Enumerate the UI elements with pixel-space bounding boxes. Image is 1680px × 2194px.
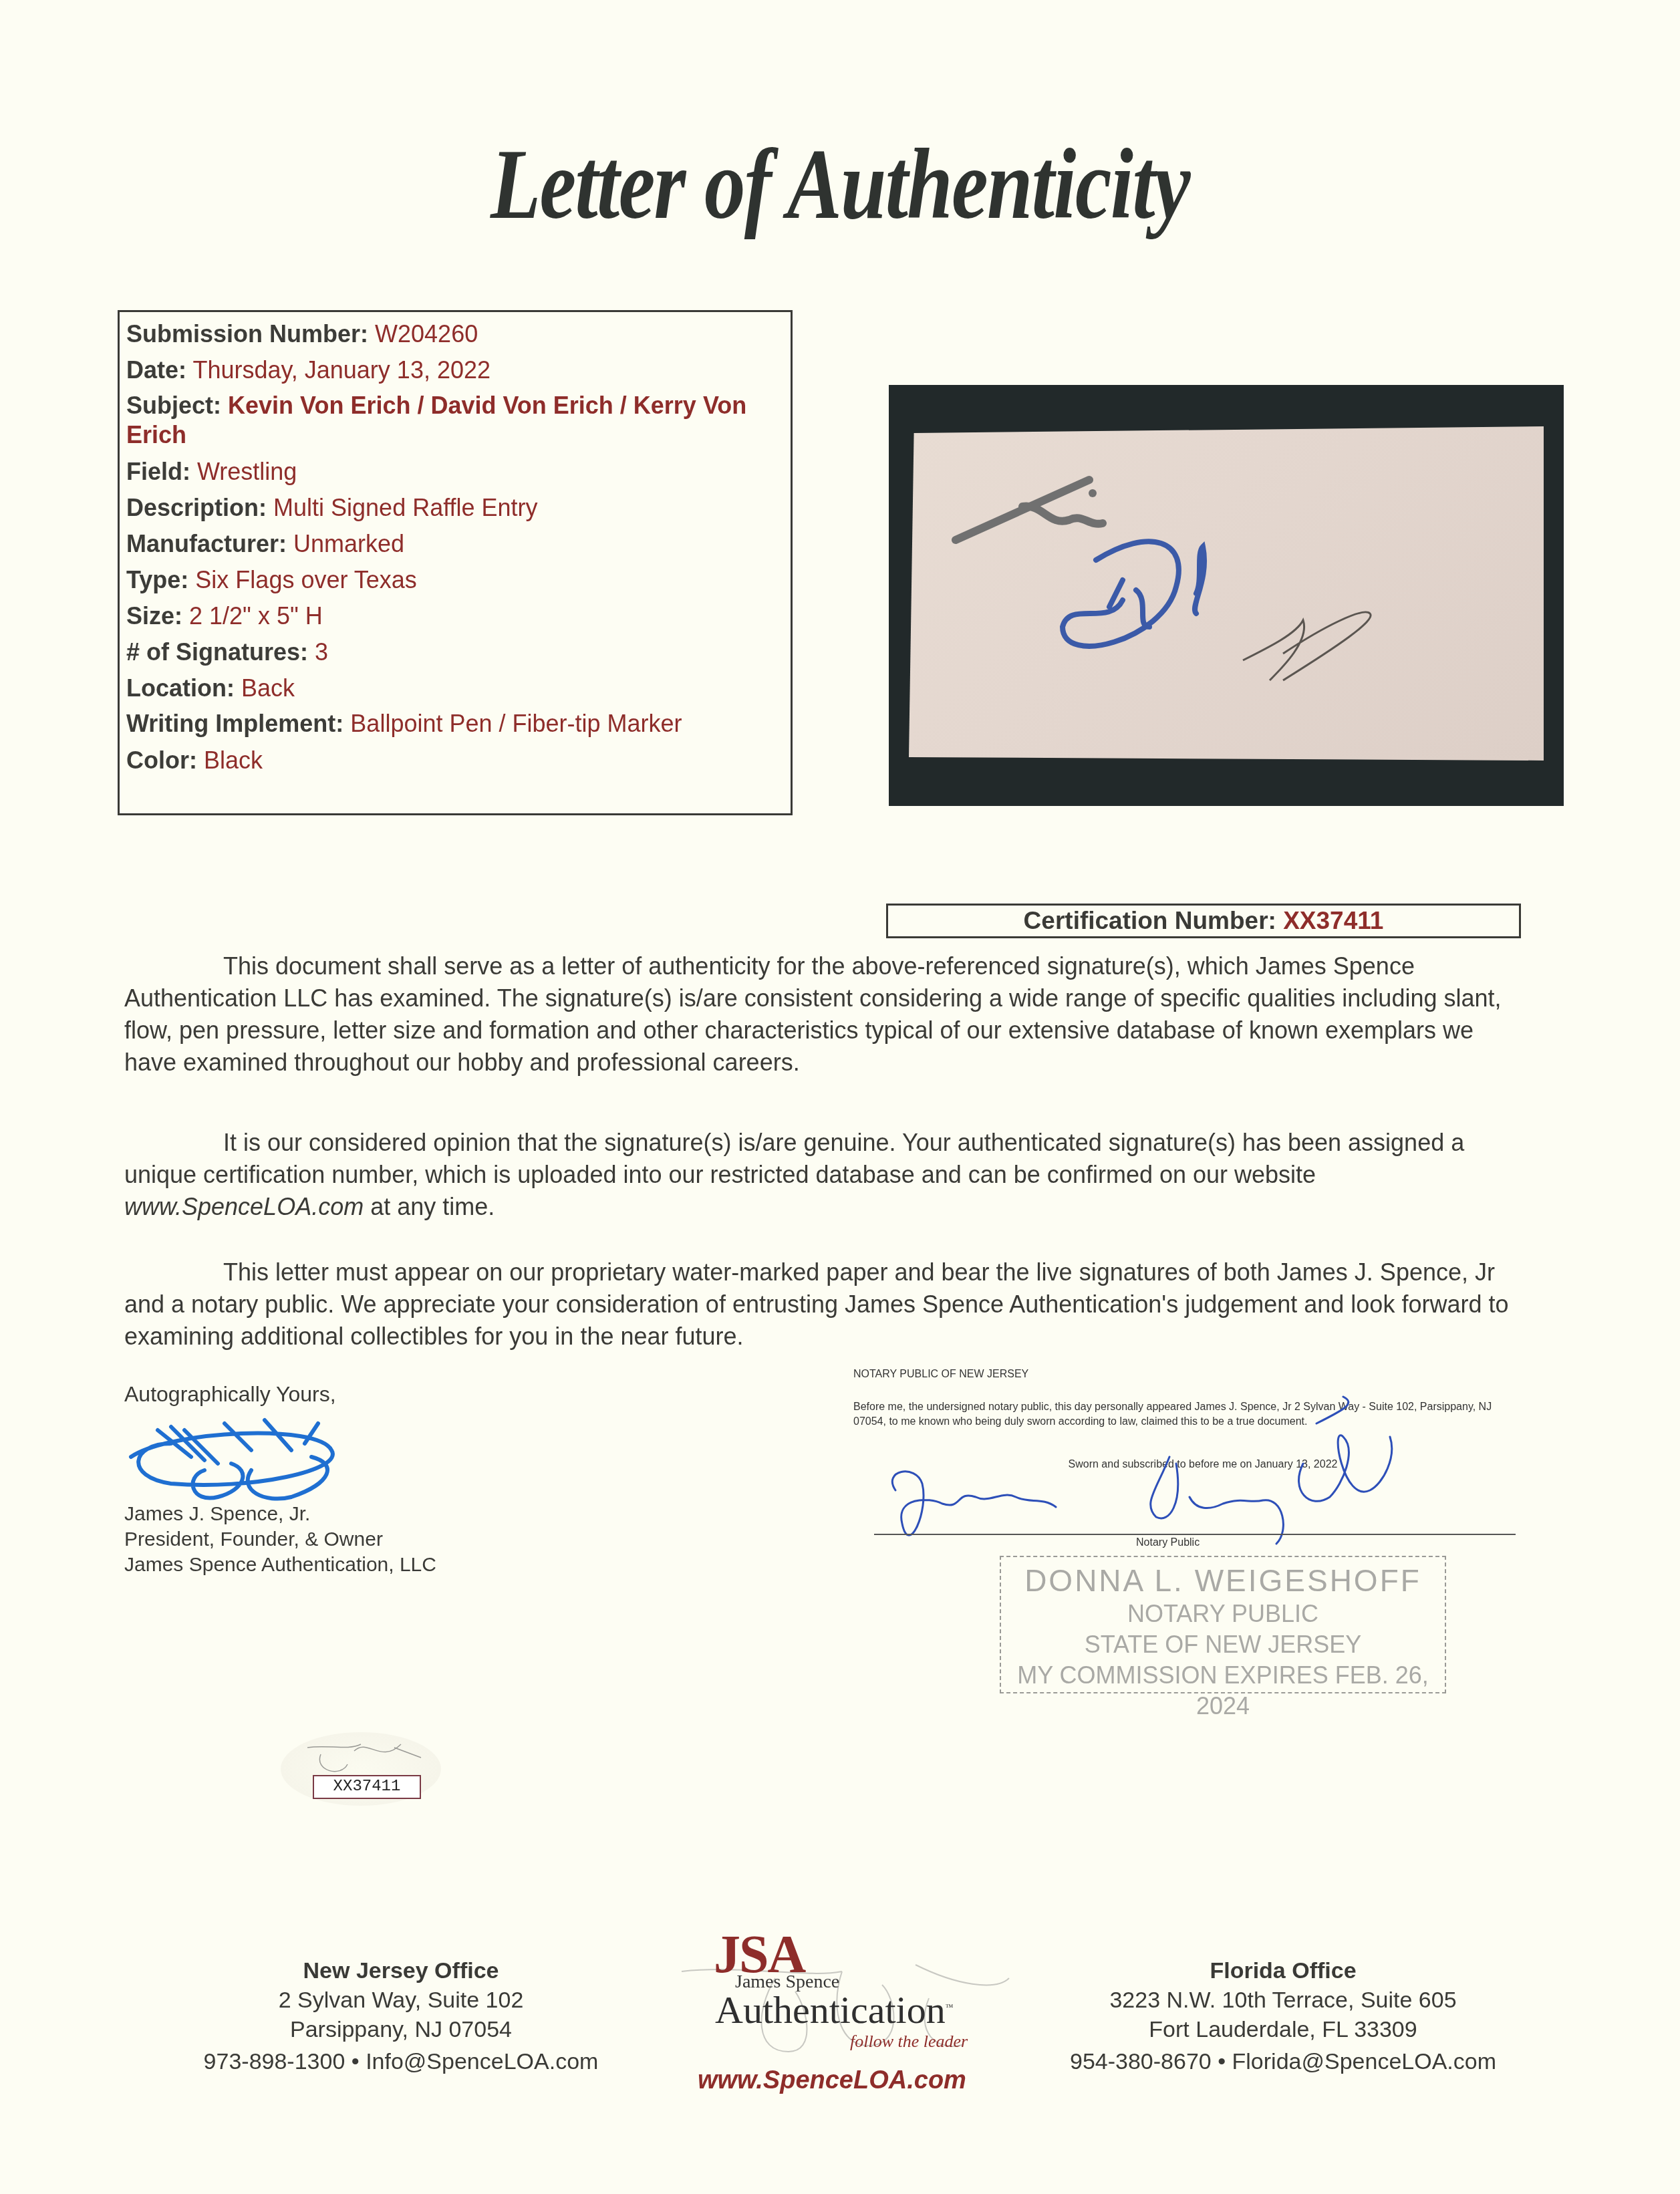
website-link[interactable]: www.SpenceLOA.com [124,1193,364,1220]
notary-signature-line [874,1534,1516,1535]
office-contact: 973-898-1300 • Info@SpenceLOA.com [134,2047,668,2076]
type-row: Type: Six Flags over Texas [126,562,784,598]
field-label: # of Signatures: [126,638,308,666]
james-spence-signature [118,1403,398,1510]
hologram-cert-number: XX37411 [313,1775,421,1799]
submission-number-row: Submission Number: W204260 [126,316,784,352]
office-name: Florida Office [1016,1956,1550,1985]
size-row: Size: 2 1/2" x 5" H [126,598,784,634]
notary-name: DONNA L. WEIGESHOFF [1001,1562,1445,1599]
subject-row: Subject: Kevin Von Erich / David Von Eri… [126,391,784,450]
hologram-signature [301,1738,434,1778]
color-value: Black [204,746,263,774]
logo-website-link[interactable]: www.SpenceLOA.com [698,2066,966,2095]
paragraph-opinion: It is our considered opinion that the si… [124,1127,1521,1223]
field-label: Color: [126,746,197,774]
office-city: Parsippany, NJ 07054 [134,2015,668,2044]
paragraph-text: This letter must appear on our proprieta… [124,1258,1508,1350]
office-address: 3223 N.W. 10th Terrace, Suite 605 [1016,1985,1550,2015]
signatory-name: James J. Spence, Jr. [124,1502,436,1527]
paragraph-text: It is our considered opinion that the si… [124,1129,1464,1188]
field-label: Field: [126,458,190,485]
writing-implement-value: Ballpoint Pen / Fiber-tip Marker [350,710,682,737]
manufacturer-value: Unmarked [293,530,404,557]
submission-number-value: W204260 [375,320,478,348]
notary-stamp: DONNA L. WEIGESHOFF NOTARY PUBLIC STATE … [1000,1556,1446,1693]
ticket-signatures-drawing [909,426,1544,761]
signatory-title: President, Founder, & Owner [124,1527,436,1552]
date-row: Date: Thursday, January 13, 2022 [126,352,784,388]
florida-office: Florida Office 3223 N.W. 10th Terrace, S… [1016,1956,1550,2076]
signatory-block: James J. Spence, Jr. President, Founder,… [124,1502,436,1578]
size-value: 2 1/2" x 5" H [189,602,323,630]
certification-number-box: Certification Number: XX37411 [886,904,1521,938]
field-label: Description: [126,494,267,521]
jsa-logo: JSA James Spence Authentication™ follow … [668,1918,1016,2132]
description-row: Description: Multi Signed Raffle Entry [126,490,784,526]
notary-commission-expiry: MY COMMISSION EXPIRES FEB. 26, 2024 [1001,1660,1445,1722]
manufacturer-row: Manufacturer: Unmarked [126,526,784,562]
notary-stamp-line: STATE OF NEW JERSEY [1001,1629,1445,1660]
logo-tagline: follow the leader [850,2032,968,2052]
field-label: Writing Implement: [126,710,343,737]
trademark-symbol: ™ [946,2002,954,2012]
field-value: Wrestling [197,458,297,485]
field-label: Submission Number: [126,320,368,348]
logo-authentication-text: Authentication [715,1988,946,2032]
field-label: Date: [126,356,186,384]
field-label: Subject: [126,392,221,419]
office-city: Fort Lauderdale, FL 33309 [1016,2015,1550,2044]
new-jersey-office: New Jersey Office 2 Sylvan Way, Suite 10… [134,1956,668,2076]
color-row: Color: Black [126,742,784,779]
writing-implement-row: Writing Implement: Ballpoint Pen / Fiber… [126,709,784,738]
notary-heading: NOTARY PUBLIC OF NEW JERSEY [853,1369,1028,1381]
office-address: 2 Sylvan Way, Suite 102 [134,1985,668,2015]
office-contact: 954-380-8670 • Florida@SpenceLOA.com [1016,2047,1550,2076]
paragraph-watermark: This letter must appear on our proprieta… [124,1256,1521,1353]
location-value: Back [241,674,295,702]
type-value: Six Flags over Texas [195,566,416,593]
paragraph-text: This document shall serve as a letter of… [124,952,1502,1076]
certification-number: XX37411 [1283,907,1383,934]
field-label: Size: [126,602,182,630]
office-name: New Jersey Office [134,1956,668,1985]
description-value: Multi Signed Raffle Entry [273,494,538,521]
field-label: Location: [126,674,235,702]
field-row: Field: Wrestling [126,454,784,490]
notary-public-label: Notary Public [1136,1537,1200,1549]
paragraph-authenticity: This document shall serve as a letter of… [124,950,1521,1079]
notary-stamp-line: NOTARY PUBLIC [1001,1599,1445,1629]
signatures-count-value: 3 [315,638,328,666]
paragraph-text: at any time. [364,1193,495,1220]
field-label: Type: [126,566,188,593]
location-row: Location: Back [126,670,784,706]
signatures-count-row: # of Signatures: 3 [126,634,784,670]
date-value: Thursday, January 13, 2022 [192,356,491,384]
field-label: Manufacturer: [126,530,287,557]
page-title: Letter of Authenticity [151,127,1528,242]
item-details-box: Submission Number: W204260 Date: Thursda… [118,310,793,815]
signatory-company: James Spence Authentication, LLC [124,1552,436,1578]
certification-label: Certification Number: [1024,907,1276,934]
logo-authentication: Authentication™ [715,1987,953,2032]
